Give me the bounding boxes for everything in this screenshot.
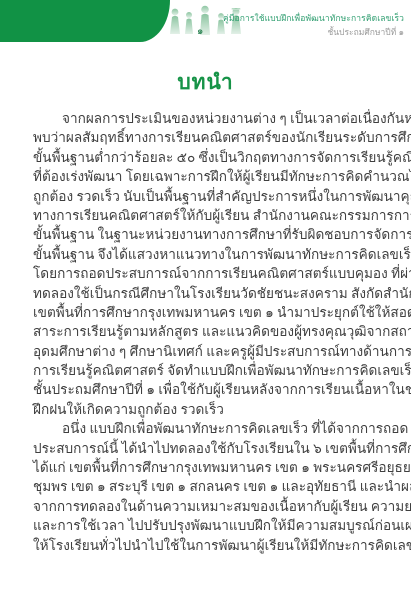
page-body: จากผลการประเมินของหน่วยงานต่าง ๆ เป็นเวล…: [33, 109, 378, 555]
text-line: ประสบการณ์นี้ ได้นำไปทดลองใช้กับโรงเรียน…: [33, 439, 378, 458]
text-line: ขั้นพื้นฐานต่ำกว่าร้อยละ ๕๐ ซึ่งเป็นวิกฤ…: [33, 148, 378, 167]
text-line: ที่ต้องเร่งพัฒนา โดยเฉพาะการฝึกให้ผู้เรี…: [33, 167, 378, 186]
text-line: ฝึกฝนให้เกิดความถูกต้อง รวดเร็ว: [33, 400, 378, 419]
text-line: โดยการถอดประสบการณ์จากการเรียนคณิตศาสตร์…: [33, 264, 378, 283]
text-line: ได้แก่ เขตพื้นที่การศึกษากรุงเทพมหานคร เ…: [33, 458, 378, 477]
logo-number-label: ๑: [197, 26, 203, 38]
document-page: ๑ คู่มือการใช้แบบฝึกเพื่อพัฒนาทักษะการคิ…: [0, 0, 411, 595]
text-line: พบว่าผลสัมฤทธิ์ทางการเรียนคณิตศาสตร์ของน…: [33, 128, 378, 147]
text-line: ขั้นพื้นฐาน จึงได้แสวงหาแนวทางในการพัฒนา…: [33, 245, 378, 264]
text-line: ชั้นประถมศึกษาปีที่ ๑ เพื่อใช้กับผู้เรีย…: [33, 380, 378, 399]
text-line: สาระการเรียนรู้ตามหลักสูตร และแนวคิดของผ…: [33, 322, 378, 341]
text-line: ให้โรงเรียนทั่วไปนำไปใช้ในการพัฒนาผู้เรี…: [33, 536, 378, 555]
header-band: [0, 0, 170, 42]
paragraph-1: จากผลการประเมินของหน่วยงานต่าง ๆ เป็นเวล…: [33, 109, 378, 419]
grade-label: ชั้นประถมศึกษาปีที่ ๑: [223, 27, 404, 38]
text-line: จากผลการประเมินของหน่วยงานต่าง ๆ เป็นเวล…: [33, 109, 378, 128]
page-title: บทนำ: [0, 66, 411, 99]
text-line: ถูกต้อง รวดเร็ว นับเป็นพื้นฐานที่สำคัญปร…: [33, 187, 378, 206]
text-line: ขั้นพื้นฐาน ในฐานะหน่วยงานทางการศึกษาที่…: [33, 225, 378, 244]
text-line: ทดลองใช้เป็นกรณีศึกษาในโรงเรียนวัดชัยชนะ…: [33, 284, 378, 303]
text-line: การเรียนรู้คณิตศาสตร์ จัดทำแบบฝึกเพื่อพั…: [33, 361, 378, 380]
text-line: ชุมพร เขต ๑ สระบุรี เขต ๑ สกลนคร เขต ๑ แ…: [33, 477, 378, 496]
booklet-title: คู่มือการใช้แบบฝึกเพื่อพัฒนาทักษะการคิดเ…: [223, 13, 404, 24]
text-line: ทางการเรียนคณิตศาสตร์ให้กับผู้เรียน สำนั…: [33, 206, 378, 225]
paragraph-2: อนึ่ง แบบฝึกเพื่อพัฒนาทักษะการคิดเลขเร็ว…: [33, 419, 378, 555]
text-line: จากการทดลองในด้านความเหมาะสมของเนื้อหากั…: [33, 497, 378, 516]
text-line: อุดมศึกษาต่าง ๆ ศึกษานิเทศก์ และครูผู้มี…: [33, 342, 378, 361]
header-text-block: คู่มือการใช้แบบฝึกเพื่อพัฒนาทักษะการคิดเ…: [223, 13, 404, 38]
text-line: อนึ่ง แบบฝึกเพื่อพัฒนาทักษะการคิดเลขเร็ว…: [33, 419, 378, 438]
text-line: เขตพื้นที่การศึกษากรุงเทพมหานคร เขต ๑ นำ…: [33, 303, 378, 322]
text-line: และการใช้เวลา ไปปรับปรุงพัฒนาแบบฝึกให้มี…: [33, 516, 378, 535]
